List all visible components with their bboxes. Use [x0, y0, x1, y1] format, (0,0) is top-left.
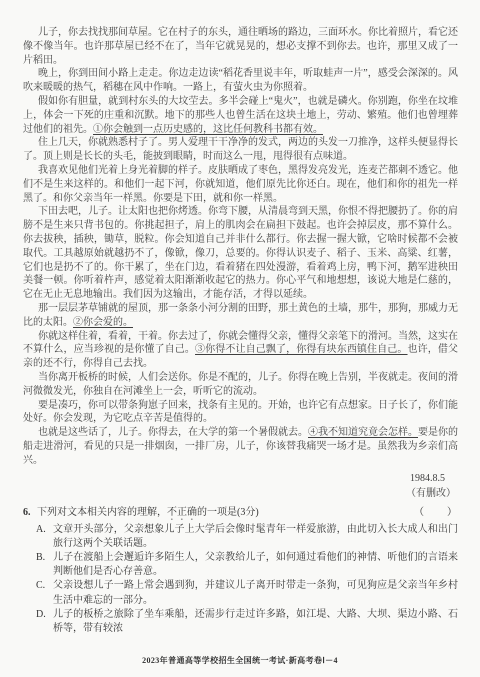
- option-c: C. 父亲设想儿子一路上常会遇到狗，并建议儿子离开时带走一条狗，可见狗应是父亲当…: [23, 579, 458, 607]
- option-text: 儿子在渡船上会邂逅许多陌生人，父亲教给儿子，如何通过看他们的神情、听他们的言语来…: [53, 551, 458, 579]
- passage-paragraph-1: 儿子，你去找找那间草屋。它在村子的东头，通往晒场的路边，三面环水。你比着照片，看…: [23, 26, 458, 67]
- question-stem: 下列对文本相关内容的理解，不正确的一项是(3分): [37, 506, 259, 523]
- paragraph-text: 儿子，你去找找那间草屋。它在村子的东头，通往晒场的路边，三面环水。你比着照片，看…: [23, 27, 458, 66]
- paragraph-text: 我喜欢见他们光着上身光着脚的样子。皮肤晒成了枣色，黑得发亮发光，连麦芒都刺不透它…: [23, 165, 458, 204]
- passage-paragraph-2: 晚上，你到田间小路上走走。你边走边读“稻花香里说丰年，听取蛙声一片”，感受会深深…: [23, 67, 458, 95]
- option-b: B. 儿子在渡船上会邂逅许多陌生人，父亲教给儿子，如何通过看他们的神情、听他们的…: [23, 551, 458, 579]
- passage-paragraph-10: 要是凑巧，你可以带条狗崽子回来，找条有主见的。开始，也许它有点想家。日子长了，你…: [23, 399, 458, 427]
- paragraph-text: 要是凑巧，你可以带条狗崽子回来，找条有主见的。开始，也许它有点想家。日子长了，你…: [23, 400, 458, 425]
- underlined-sentence-3: ③你得不让自己飘了，你得有块东西镇住自己。: [195, 344, 408, 355]
- question-number: 6.: [23, 506, 37, 520]
- option-a: A. 文章开头部分，父亲想象儿子上大学后会像时髦青年一样爱旅游，由此切入长大成人…: [23, 523, 458, 551]
- passage-paragraph-3: 假如你有胆量，就到村东头的大坟茔去。多半会碰上“鬼火”，也就是磷火。你别跑，你坐…: [23, 95, 458, 136]
- option-label: A.: [36, 523, 53, 551]
- passage-paragraph-5: 我喜欢见他们光着上身光着脚的样子。皮肤晒成了枣色，黑得发亮发光，连麦芒都刺不透它…: [23, 164, 458, 205]
- passage-paragraph-6: 下田去吧，儿子。让太阳也把你烤透。你弯下腰，从清晨弯到天黑，你恨不得把腰扔了。你…: [23, 205, 458, 302]
- composition-date: 1984.8.5: [23, 471, 458, 486]
- passage-paragraph-4: 住上几天，你就熟悉村子了。男人爱理干干净净的发式，两边的头发一刀推净，这样头便显…: [23, 136, 458, 164]
- option-label: D.: [36, 608, 53, 636]
- option-text: 儿子的板桥之旅除了坐车乘船，还需步行走过许多路，如江堤、大路、大坝、渠边小路、石…: [53, 608, 458, 636]
- edit-note: （有删改）: [23, 486, 458, 501]
- exam-page: 儿子，你去找找那间草屋。它在村子的东头，通往晒场的路边，三面环水。你比着照片，看…: [0, 0, 480, 677]
- passage: 儿子，你去找找那间草屋。它在村子的东头，通往晒场的路边，三面环水。你比着照片，看…: [23, 26, 458, 468]
- answer-bracket: （ ）: [414, 506, 458, 520]
- byline: 1984.8.5 （有删改）: [23, 471, 458, 501]
- stem-text: 的一项是(3分): [197, 507, 259, 518]
- paragraph-text: 晚上，你到田间小路上走走。你边走边读“稻花香里说丰年，听取蛙声一片”，感受会深深…: [23, 68, 458, 93]
- passage-paragraph-9: 当你离开板桥的时候，人们会送你。你是不配的，儿子。你得在晚上告别，半夜就走。夜间…: [23, 371, 458, 399]
- option-d: D. 儿子的板桥之旅除了坐车乘船，还需步行走过许多路，如江堤、大路、大坝、渠边小…: [23, 608, 458, 636]
- underlined-sentence-4: ④我不知道究竟会怎样。: [308, 427, 418, 438]
- passage-paragraph-7: 那一层层茅草铺就的屋顶，那一条条小河分割的田野，那土黄色的土墙，那牛，那狗，那威…: [23, 302, 458, 330]
- passage-paragraph-11: 也就是这些话了，儿子。你得去，在大学的第一个暑假就去。④我不知道究竟会怎样。要是…: [23, 426, 458, 467]
- option-text: 父亲设想儿子一路上常会遇到狗，并建议儿子离开时带走一条狗，可见狗应是父亲当年乡村…: [53, 579, 458, 607]
- paragraph-text: 下田去吧，儿子。让太阳也把你烤透。你弯下腰，从清晨弯到天黑，你恨不得把腰扔了。你…: [23, 206, 458, 300]
- page-footer: 2023年普通高等学校招生全国统一考试·新高考卷Ⅰ－4: [0, 655, 480, 666]
- emphasized-text: 不正确: [167, 507, 197, 518]
- paragraph-text: 当你离开板桥的时候，人们会送你。你是不配的，儿子。你得在晚上告别，半夜就走。夜间…: [23, 372, 458, 397]
- option-label: B.: [36, 551, 53, 579]
- paragraph-text: 住上几天，你就熟悉村子了。男人爱理干干净净的发式，两边的头发一刀推净，这样头便显…: [23, 137, 458, 162]
- underlined-sentence-1: ①你会触到一点历史感的，这比任何教科书都有效。: [93, 124, 323, 135]
- option-label: C.: [36, 579, 53, 607]
- question-6: 6. 下列对文本相关内容的理解，不正确的一项是(3分) （ ） A. 文章开头部…: [23, 506, 458, 637]
- stem-text: 下列对文本相关内容的理解，: [37, 507, 167, 518]
- question-stem-row: 6. 下列对文本相关内容的理解，不正确的一项是(3分) （ ）: [23, 506, 458, 523]
- underlined-sentence-2: ②你会爱的。: [73, 317, 133, 328]
- option-text: 文章开头部分，父亲想象儿子上大学后会像时髦青年一样爱旅游，由此切入长大成人和出门…: [53, 523, 458, 551]
- paragraph-text: 也就是这些话了，儿子。你得去，在大学的第一个暑假就去。: [38, 427, 308, 438]
- passage-paragraph-8: 你就这样住着，看着，干着。你去过了，你就会懂得父亲，懂得父亲笔下的滑河。当然，这…: [23, 330, 458, 371]
